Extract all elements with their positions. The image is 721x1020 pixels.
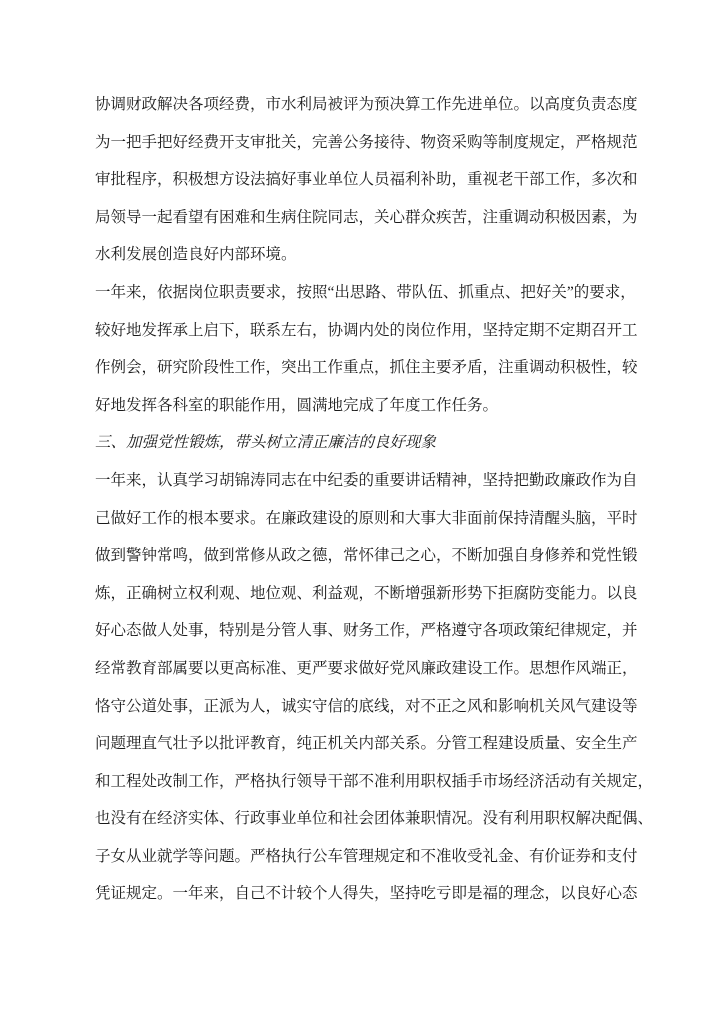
text-line: 经常教育部属要以更高标准、更严要求做好党风廉政建设工作。思想作风端正， [95, 650, 628, 688]
text-line: 为一把手把好经费开支审批关，完善公务接待、物资采购等制度规定，严格规范 [95, 124, 628, 162]
text-line: 水利发展创造良好内部环境。 [95, 236, 628, 274]
text-line: 审批程序，积极想方设法搞好事业单位人员福利补助，重视老干部工作，多次和 [95, 161, 628, 199]
text-line: 协调财政解决各项经费，市水利局被评为预决算工作先进单位。以高度负责态度 [95, 86, 628, 124]
text-line: 好心态做人处事，特别是分管人事、财务工作，严格遵守各项政策纪律规定，并 [95, 612, 628, 650]
text-line: 一年来，认真学习胡锦涛同志在中纪委的重要讲话精神，坚持把勤政廉政作为自 [95, 462, 628, 500]
text-line: 局领导一起看望有困难和生病住院同志，关心群众疾苦，注重调动积极因素，为 [95, 199, 628, 237]
text-line: 恪守公道处事，正派为人，诚实守信的底线，对不正之风和影响机关风气建设等 [95, 688, 628, 726]
text-line: 子女从业就学等问题。严格执行公车管理规定和不准收受礼金、有价证券和支付 [95, 838, 628, 876]
text-line: 较好地发挥承上启下，联系左右，协调内处的岗位作用，坚持定期不定期召开工 [95, 312, 628, 350]
text-line: 炼，正确树立权利观、地位观、利益观，不断增强新形势下拒腐防变能力。以良 [95, 575, 628, 613]
text-line: 一年来，依据岗位职责要求，按照“出思路、带队伍、抓重点、把好关”的要求， [95, 274, 628, 312]
document-page: 协调财政解决各项经费，市水利局被评为预决算工作先进单位。以高度负责态度 为一把手… [0, 0, 721, 1020]
section-heading: 三、加强党性锻炼，带头树立清正廉洁的良好现象 [95, 424, 628, 462]
text-line: 和工程处改制工作，严格执行领导干部不准利用职权插手市场经济活动有关规定， [95, 763, 628, 801]
text-line: 也没有在经济实体、行政事业单位和社会团体兼职情况。没有利用职权解决配偶、 [95, 800, 628, 838]
document-text-block: 协调财政解决各项经费，市水利局被评为预决算工作先进单位。以高度负责态度 为一把手… [95, 86, 628, 913]
text-line: 凭证规定。一年来，自己不计较个人得失，坚持吃亏即是福的理念，以良好心态 [95, 875, 628, 913]
text-line: 好地发挥各科室的职能作用，圆满地完成了年度工作任务。 [95, 387, 628, 425]
text-line: 问题理直气壮予以批评教育，纯正机关内部关系。分管工程建设质量、安全生产 [95, 725, 628, 763]
text-line: 作例会，研究阶段性工作，突出工作重点，抓住主要矛盾，注重调动积极性，较 [95, 349, 628, 387]
text-line: 己做好工作的根本要求。在廉政建设的原则和大事大非面前保持清醒头脑，平时 [95, 500, 628, 538]
text-line: 做到警钟常鸣，做到常修从政之德，常怀律己之心，不断加强自身修养和党性锻 [95, 537, 628, 575]
